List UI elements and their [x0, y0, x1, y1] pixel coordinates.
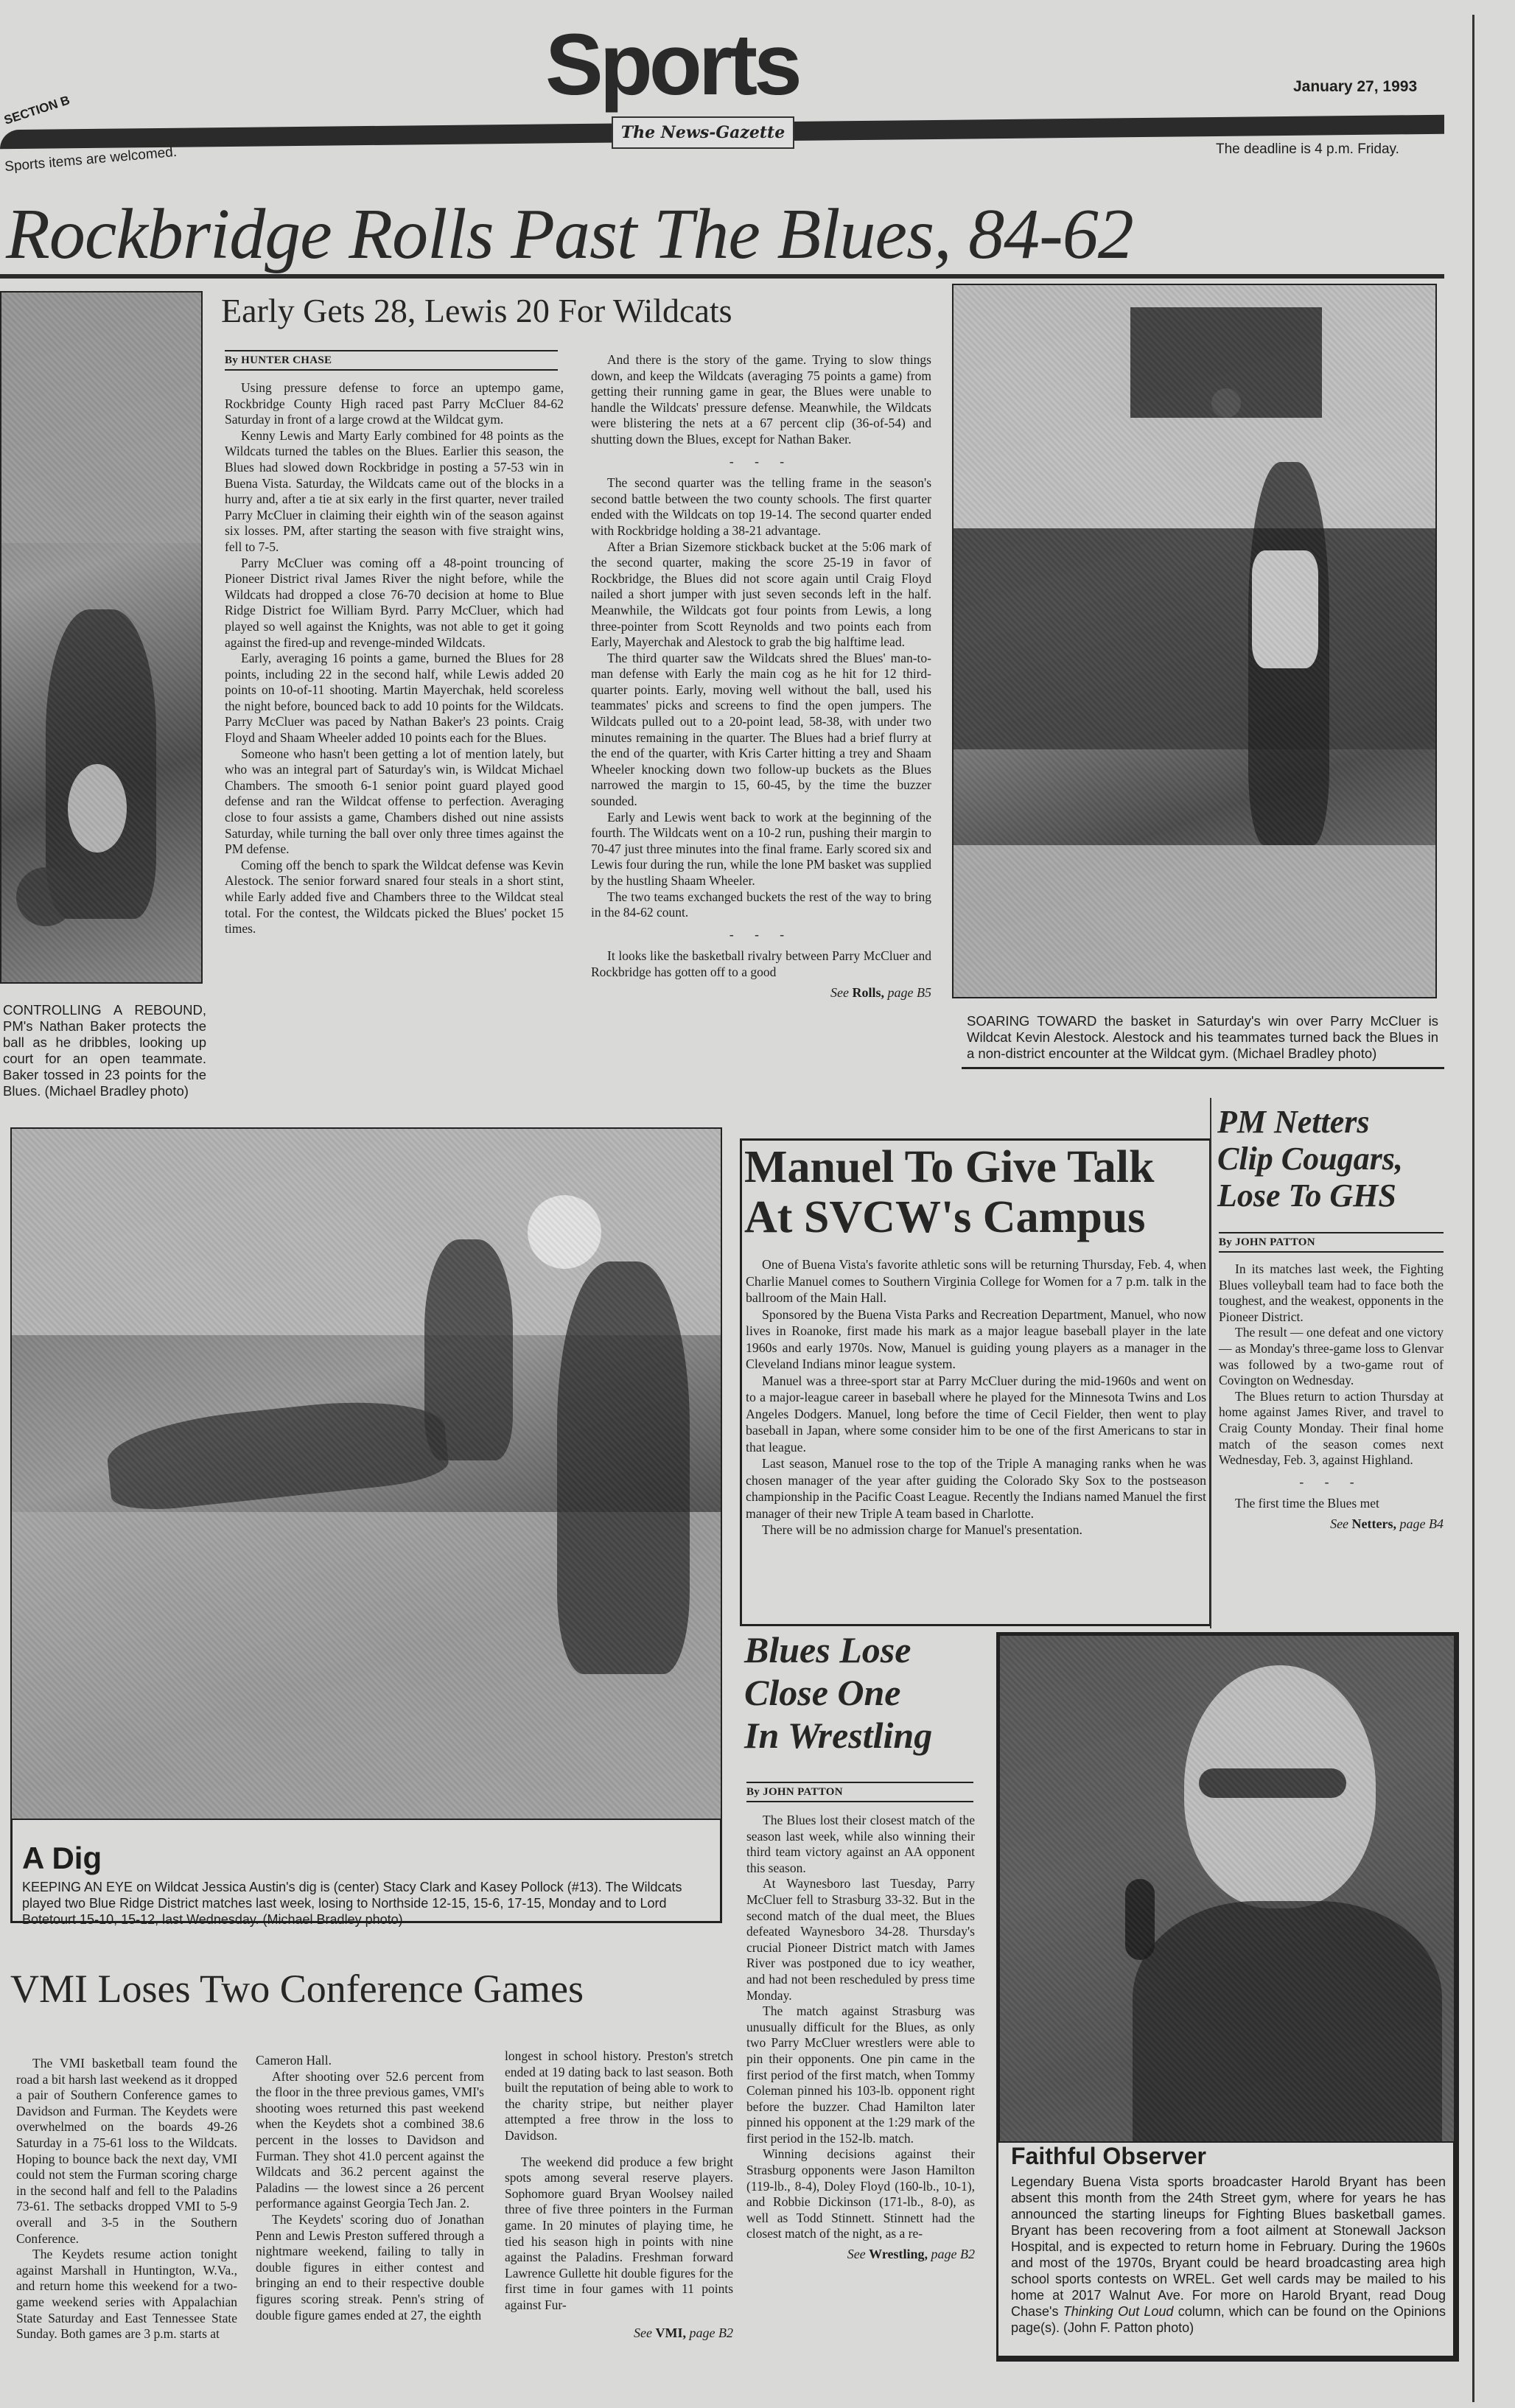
manuel-story-body: One of Buena Vista's favorite athletic s…	[746, 1256, 1206, 1539]
jump-link-vmi[interactable]: See VMI, page B2	[505, 2325, 733, 2342]
paper-nameplate: The News-Gazette	[612, 116, 794, 149]
submissions-note: Sports items are welcomed.	[4, 144, 177, 175]
jump-link-rolls[interactable]: See Rolls, page B5	[591, 985, 931, 1001]
photo-volleyball-dig	[10, 1127, 722, 1820]
vmi-column-2: Cameron Hall. After shooting over 52.6 p…	[256, 2053, 484, 2323]
wrestling-story-body: The Blues lost their closest match of th…	[746, 1813, 975, 2263]
photo-kevin-alestock	[952, 284, 1437, 998]
headline-rule	[0, 274, 1444, 279]
main-story-column-2: And there is the story of the game. Tryi…	[591, 352, 931, 1001]
netters-story-body: In its matches last week, the Fighting B…	[1219, 1261, 1444, 1533]
main-subhead: Early Gets 28, Lewis 20 For Wildcats	[221, 291, 732, 330]
vmi-column-3: longest in school history. Preston's str…	[505, 2048, 733, 2341]
manuel-headline: Manuel To Give Talk At SVCW's Campus	[744, 1142, 1155, 1242]
deadline-note: The deadline is 4 p.m. Friday.	[1216, 141, 1399, 158]
column-rule	[1210, 1098, 1211, 1628]
main-story-column-1: Using pressure defense to force an uptem…	[225, 380, 564, 937]
section-label: SECTION B	[2, 93, 71, 128]
photo-nathan-baker	[0, 291, 203, 984]
byline: By HUNTER CHASE	[225, 350, 558, 371]
newspaper-page: Sports The News-Gazette SECTION B Januar…	[0, 0, 1515, 2408]
photo-caption-bryant: Legendary Buena Vista sports broadcaster…	[1011, 2174, 1446, 2336]
photo-harold-bryant	[998, 1634, 1455, 2143]
jump-link-wrestling[interactable]: See Wrestling, page B2	[746, 2247, 975, 2263]
vmi-column-1: The VMI basketball team found the road a…	[16, 2056, 237, 2342]
wrestling-byline: By JOHN PATTON	[746, 1782, 973, 1802]
bryant-photo-title: Faithful Observer	[1011, 2143, 1206, 2170]
vmi-headline: VMI Loses Two Conference Games	[10, 1966, 584, 2012]
volleyball-photo-title: A Dig	[22, 1841, 102, 1876]
issue-date: January 27, 1993	[1293, 78, 1417, 96]
photo-caption-alestock: SOARING TOWARD the basket in Saturday's …	[967, 1013, 1438, 1062]
section-title: Sports	[545, 15, 799, 115]
photo-caption-volleyball: KEEPING AN EYE on Wildcat Jessica Austin…	[22, 1879, 722, 1928]
wrestling-headline: Blues Lose Close One In Wrestling	[744, 1628, 932, 1757]
photo-caption-baker: CONTROLLING A REBOUND, PM's Nathan Baker…	[3, 1002, 206, 1099]
main-headline: Rockbridge Rolls Past The Blues, 84-62	[6, 193, 1133, 276]
column-rule-right	[1472, 15, 1474, 2402]
netters-headline: PM Netters Clip Cougars, Lose To GHS	[1217, 1104, 1403, 1214]
netters-byline: By JOHN PATTON	[1219, 1232, 1444, 1253]
rule-under-alestock	[962, 1067, 1444, 1069]
jump-link-netters[interactable]: See Netters, page B4	[1219, 1516, 1444, 1533]
